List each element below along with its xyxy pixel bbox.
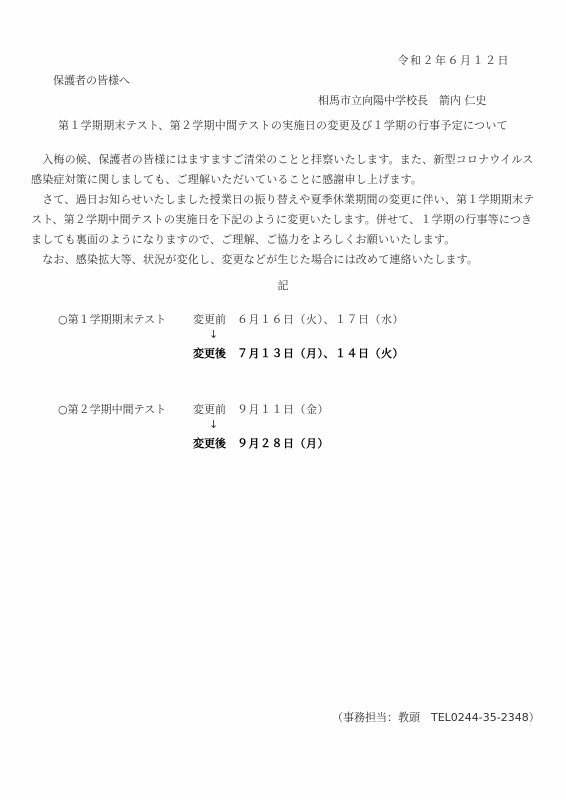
- sender-principal-line: 相馬市立向陽中学校長 箭内 仁史: [318, 92, 487, 108]
- recipient-line: 保護者の皆様へ: [53, 72, 130, 88]
- schedule-after-label: 変更後: [193, 437, 226, 450]
- body-line: 入梅の候、保護者の皆様にはますますご清栄のことと拝察いたします。また、新型コロナ…: [31, 150, 534, 170]
- schedule-after-value: ７月１３日（月）、１４日（火）: [237, 347, 404, 360]
- body-line: スト、第２学期中間テストの実施日を下記のように変更いたします。併せて、１学期の行…: [31, 210, 534, 230]
- schedule-before-value: ６月１６日（火）、１７日（水）: [237, 313, 404, 326]
- record-marker: 記: [0, 277, 566, 293]
- document-date: 令和２年６月１２日: [398, 52, 511, 68]
- schedule-after-value: ９月２８日（月）: [237, 437, 329, 450]
- schedule-before-label: 変更前: [193, 313, 226, 326]
- down-arrow-icon: ↓: [209, 418, 218, 431]
- body-text-block: 入梅の候、保護者の皆様にはますますご清栄のことと拝察いたします。また、新型コロナ…: [31, 150, 534, 270]
- down-arrow-icon: ↓: [209, 328, 218, 341]
- schedule-item-label: ○第２学期中間テスト: [58, 401, 193, 417]
- office-contact-footer: （事務担当：教頭 TEL0244-35-2348）: [332, 709, 540, 725]
- schedule-after-line: 変更後９月２８日（月）: [193, 435, 329, 451]
- body-line: ましても裏面のようになりますので、ご理解、ご協力をよろしくお願いいたします。: [31, 230, 534, 250]
- schedule-before-value: ９月１１日（金）: [237, 403, 329, 416]
- schedule-before-label: 変更前: [193, 403, 226, 416]
- body-line: なお、感染拡大等、状況が変化し、変更などが生じた場合には改めて連絡いたします。: [31, 250, 534, 270]
- body-line: さて、過日お知らせいたしました授業日の振り替えや夏季休業期間の変更に伴い、第１学…: [31, 190, 534, 210]
- schedule-item-label: ○第１学期期末テスト: [58, 311, 193, 327]
- schedule-after-label: 変更後: [193, 347, 226, 360]
- document-page: 令和２年６月１２日 保護者の皆様へ 相馬市立向陽中学校長 箭内 仁史 第１学期期…: [0, 0, 566, 800]
- schedule-after-line: 変更後７月１３日（月）、１４日（火）: [193, 345, 404, 361]
- schedule-item-term2-midterm: ○第２学期中間テスト変更前９月１１日（金）: [58, 401, 329, 417]
- schedule-item-term1-final: ○第１学期期末テスト変更前６月１６日（火）、１７日（水）: [58, 311, 404, 327]
- document-title: 第１学期期末テスト、第２学期中間テストの実施日の変更及び１学期の行事予定について: [0, 117, 566, 133]
- body-line: 感染症対策に関しましても、ご理解いただいていることに感謝申し上げます。: [31, 170, 534, 190]
